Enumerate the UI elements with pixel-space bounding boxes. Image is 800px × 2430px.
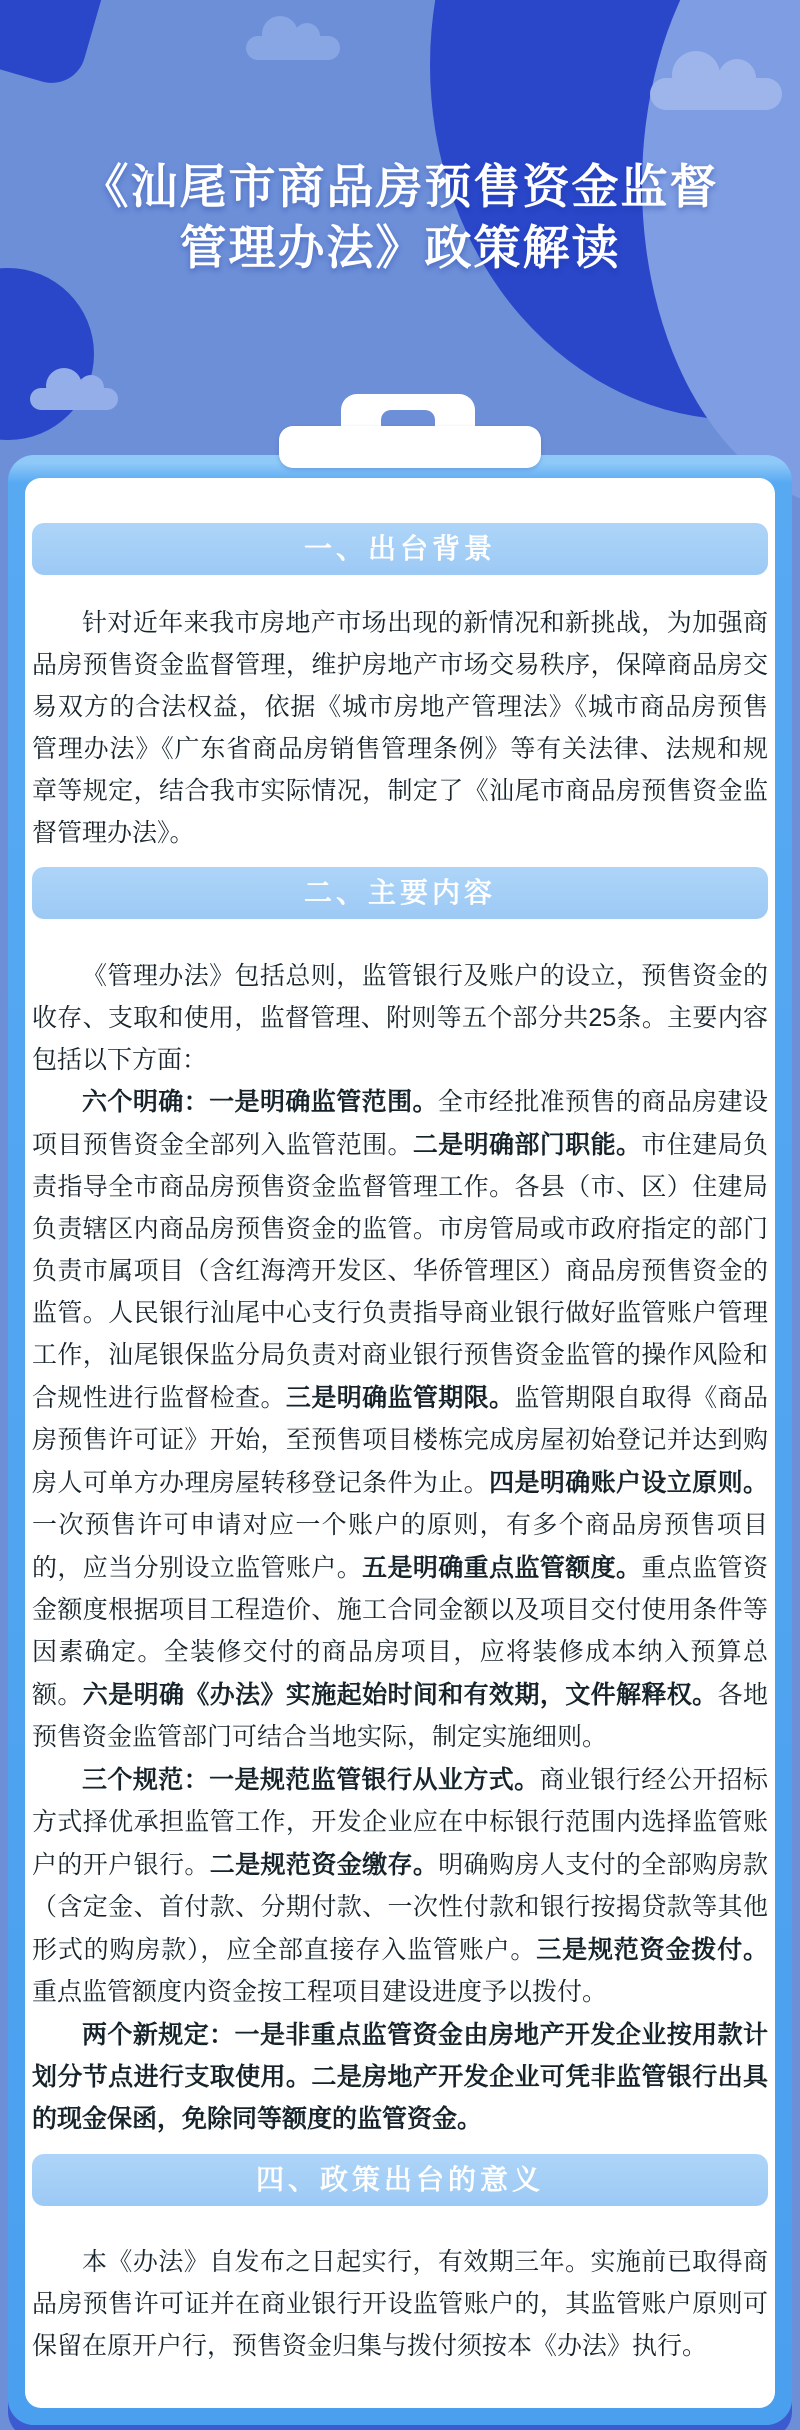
policy-poster: 《汕尾市商品房预售资金监督 管理办法》政策解读 一、出台背景 针对近年来我市房地…: [0, 0, 800, 2430]
text-run-bold: 三是明确监管期限。: [286, 1384, 515, 1412]
text-run-bold: 六个明确：一是明确监管范围。: [82, 1088, 438, 1116]
cloud-icon: [30, 388, 118, 410]
section-heading-background: 一、出台背景: [32, 523, 768, 575]
text-run: 重点监管额度内资金按工程项目建设进度予以拨付。: [32, 1979, 607, 2006]
page-title: 《汕尾市商品房预售资金监督 管理办法》政策解读: [0, 156, 800, 278]
text-run-bold: 三个规范：一是规范监管银行从业方式。: [82, 1766, 540, 1794]
text-run-bold: 五是明确重点监管额度。: [362, 1554, 641, 1582]
text-run-bold: 四是明确账户设立原则。: [489, 1469, 768, 1497]
page-title-line1: 《汕尾市商品房预售资金监督: [0, 156, 800, 217]
text-run-bold: 二是规范资金缴存。: [210, 1851, 439, 1879]
briefcase-handle-bar: [279, 426, 541, 468]
paragraph-main-content-intro: 《管理办法》包括总则，监管银行及账户的设立，预售资金的收存、支取和使用，监督管理…: [32, 955, 768, 1081]
text-run-bold: 六是明确《办法》实施起始时间和有效期，文件解释权。: [83, 1681, 718, 1709]
text-run-bold: 三是规范资金拨付。: [536, 1936, 768, 1964]
text-run: 市住建局负责指导全市商品房预售资金监督管理工作。各县（市、区）住建局负责辖区内商…: [32, 1132, 768, 1412]
decorative-blob-top-left: [0, 0, 110, 91]
paragraph-six-clarifications: 六个明确：一是明确监管范围。全市经批准预售的商品房建设项目预售资金全部列入监管范…: [32, 1081, 768, 1759]
text-run-bold: 二是明确部门职能。: [413, 1131, 642, 1159]
section-heading-main-content: 二、主要内容: [32, 867, 768, 919]
paragraph-significance: 本《办法》自发布之日起实行，有效期三年。实施前已取得商品房预售许可证并在商业银行…: [32, 2242, 768, 2368]
content-frame: 一、出台背景 针对近年来我市房地产市场出现的新情况和新挑战，为加强商品房预售资金…: [8, 455, 792, 2425]
cloud-icon: [246, 36, 340, 60]
paragraph-three-standards: 三个规范：一是规范监管银行从业方式。商业银行经公开招标方式择优承担监管工作，开发…: [32, 1759, 768, 2014]
content-card: 一、出台背景 针对近年来我市房地产市场出现的新情况和新挑战，为加强商品房预售资金…: [25, 478, 775, 2408]
decorative-circle-dark-left: [0, 268, 94, 440]
paragraph-background: 针对近年来我市房地产市场出现的新情况和新挑战，为加强商品房预售资金监督管理，维护…: [32, 603, 768, 855]
paragraph-two-new-rules: 两个新规定：一是非重点监管资金由房地产开发企业按用款计划分节点进行支取使用。二是…: [32, 2014, 768, 2140]
cloud-icon: [650, 78, 782, 110]
page-title-line2: 管理办法》政策解读: [0, 217, 800, 278]
section-heading-significance: 四、政策出台的意义: [32, 2154, 768, 2206]
